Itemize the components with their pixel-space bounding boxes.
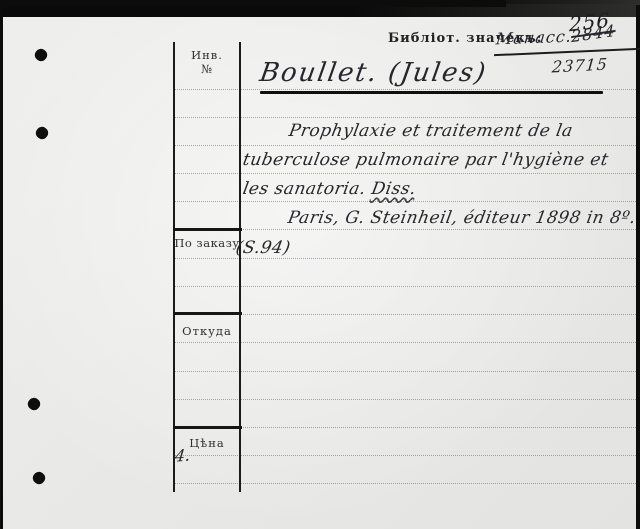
stamp-underline (494, 48, 640, 56)
ruled-line (174, 229, 636, 230)
scan-border-top (0, 0, 506, 7)
library-catalog-card: Инв. № По заказу Откуда Цѣна 4. Библіот.… (0, 0, 640, 529)
inventory-label-line1: Инв. (173, 48, 241, 62)
ruled-line (174, 145, 636, 146)
column-separator (173, 426, 242, 429)
author-underline (260, 91, 603, 94)
title-line-1-handwritten: Prophylaxie et traitement de la (287, 121, 574, 141)
scan-border-top-fade (506, 0, 640, 4)
ruled-line (174, 455, 636, 456)
ruled-line (174, 371, 636, 372)
ruled-line (174, 342, 636, 343)
punch-hole-dot (33, 47, 50, 64)
price-value-handwritten: 4. (174, 445, 191, 465)
ruled-line (174, 117, 636, 118)
ruled-line (174, 314, 636, 315)
column-separator (173, 228, 242, 231)
ruled-line (174, 258, 636, 259)
scan-border-right (636, 5, 640, 529)
title-line-3-text: les sanatoria. (241, 179, 367, 199)
ruled-line (174, 427, 636, 428)
imprint-line-handwritten: Paris, G. Steinheil, éditeur 1898 in 8º. (286, 208, 637, 228)
shelfmark-handwritten: (S.94) (234, 238, 292, 258)
ruled-line (174, 399, 636, 400)
inventory-number-label: Инв. № (173, 48, 241, 76)
punch-hole-dot (31, 470, 48, 487)
title-line-2-handwritten: tuberculose pulmonaire par l'hygiène et (241, 150, 610, 170)
author-heading-handwritten: Boullet. (Jules) (258, 58, 490, 88)
title-line-3-handwritten: les sanatoria. Diss. (241, 179, 418, 199)
scan-border-left (0, 0, 3, 529)
ruled-line (174, 286, 636, 287)
column-left-line (173, 42, 175, 492)
ruled-line (174, 89, 636, 90)
ruled-line (174, 483, 636, 484)
punch-hole-dot (34, 125, 51, 142)
inventory-label-line2: № (173, 62, 241, 76)
accession-number-handwritten: 23715 (551, 54, 609, 76)
punch-hole-dot (26, 396, 43, 413)
dissertation-note: Diss. (370, 179, 418, 199)
ruled-line (174, 173, 636, 174)
column-right-line (239, 42, 241, 492)
pencil-number-handwritten: 256 (569, 8, 610, 36)
library-stamp-value-handwritten: Манасс. (495, 27, 573, 49)
origin-label: Откуда (173, 324, 241, 338)
column-separator (173, 312, 242, 315)
ruled-line (174, 201, 636, 202)
on-order-label: По заказу (173, 236, 241, 250)
